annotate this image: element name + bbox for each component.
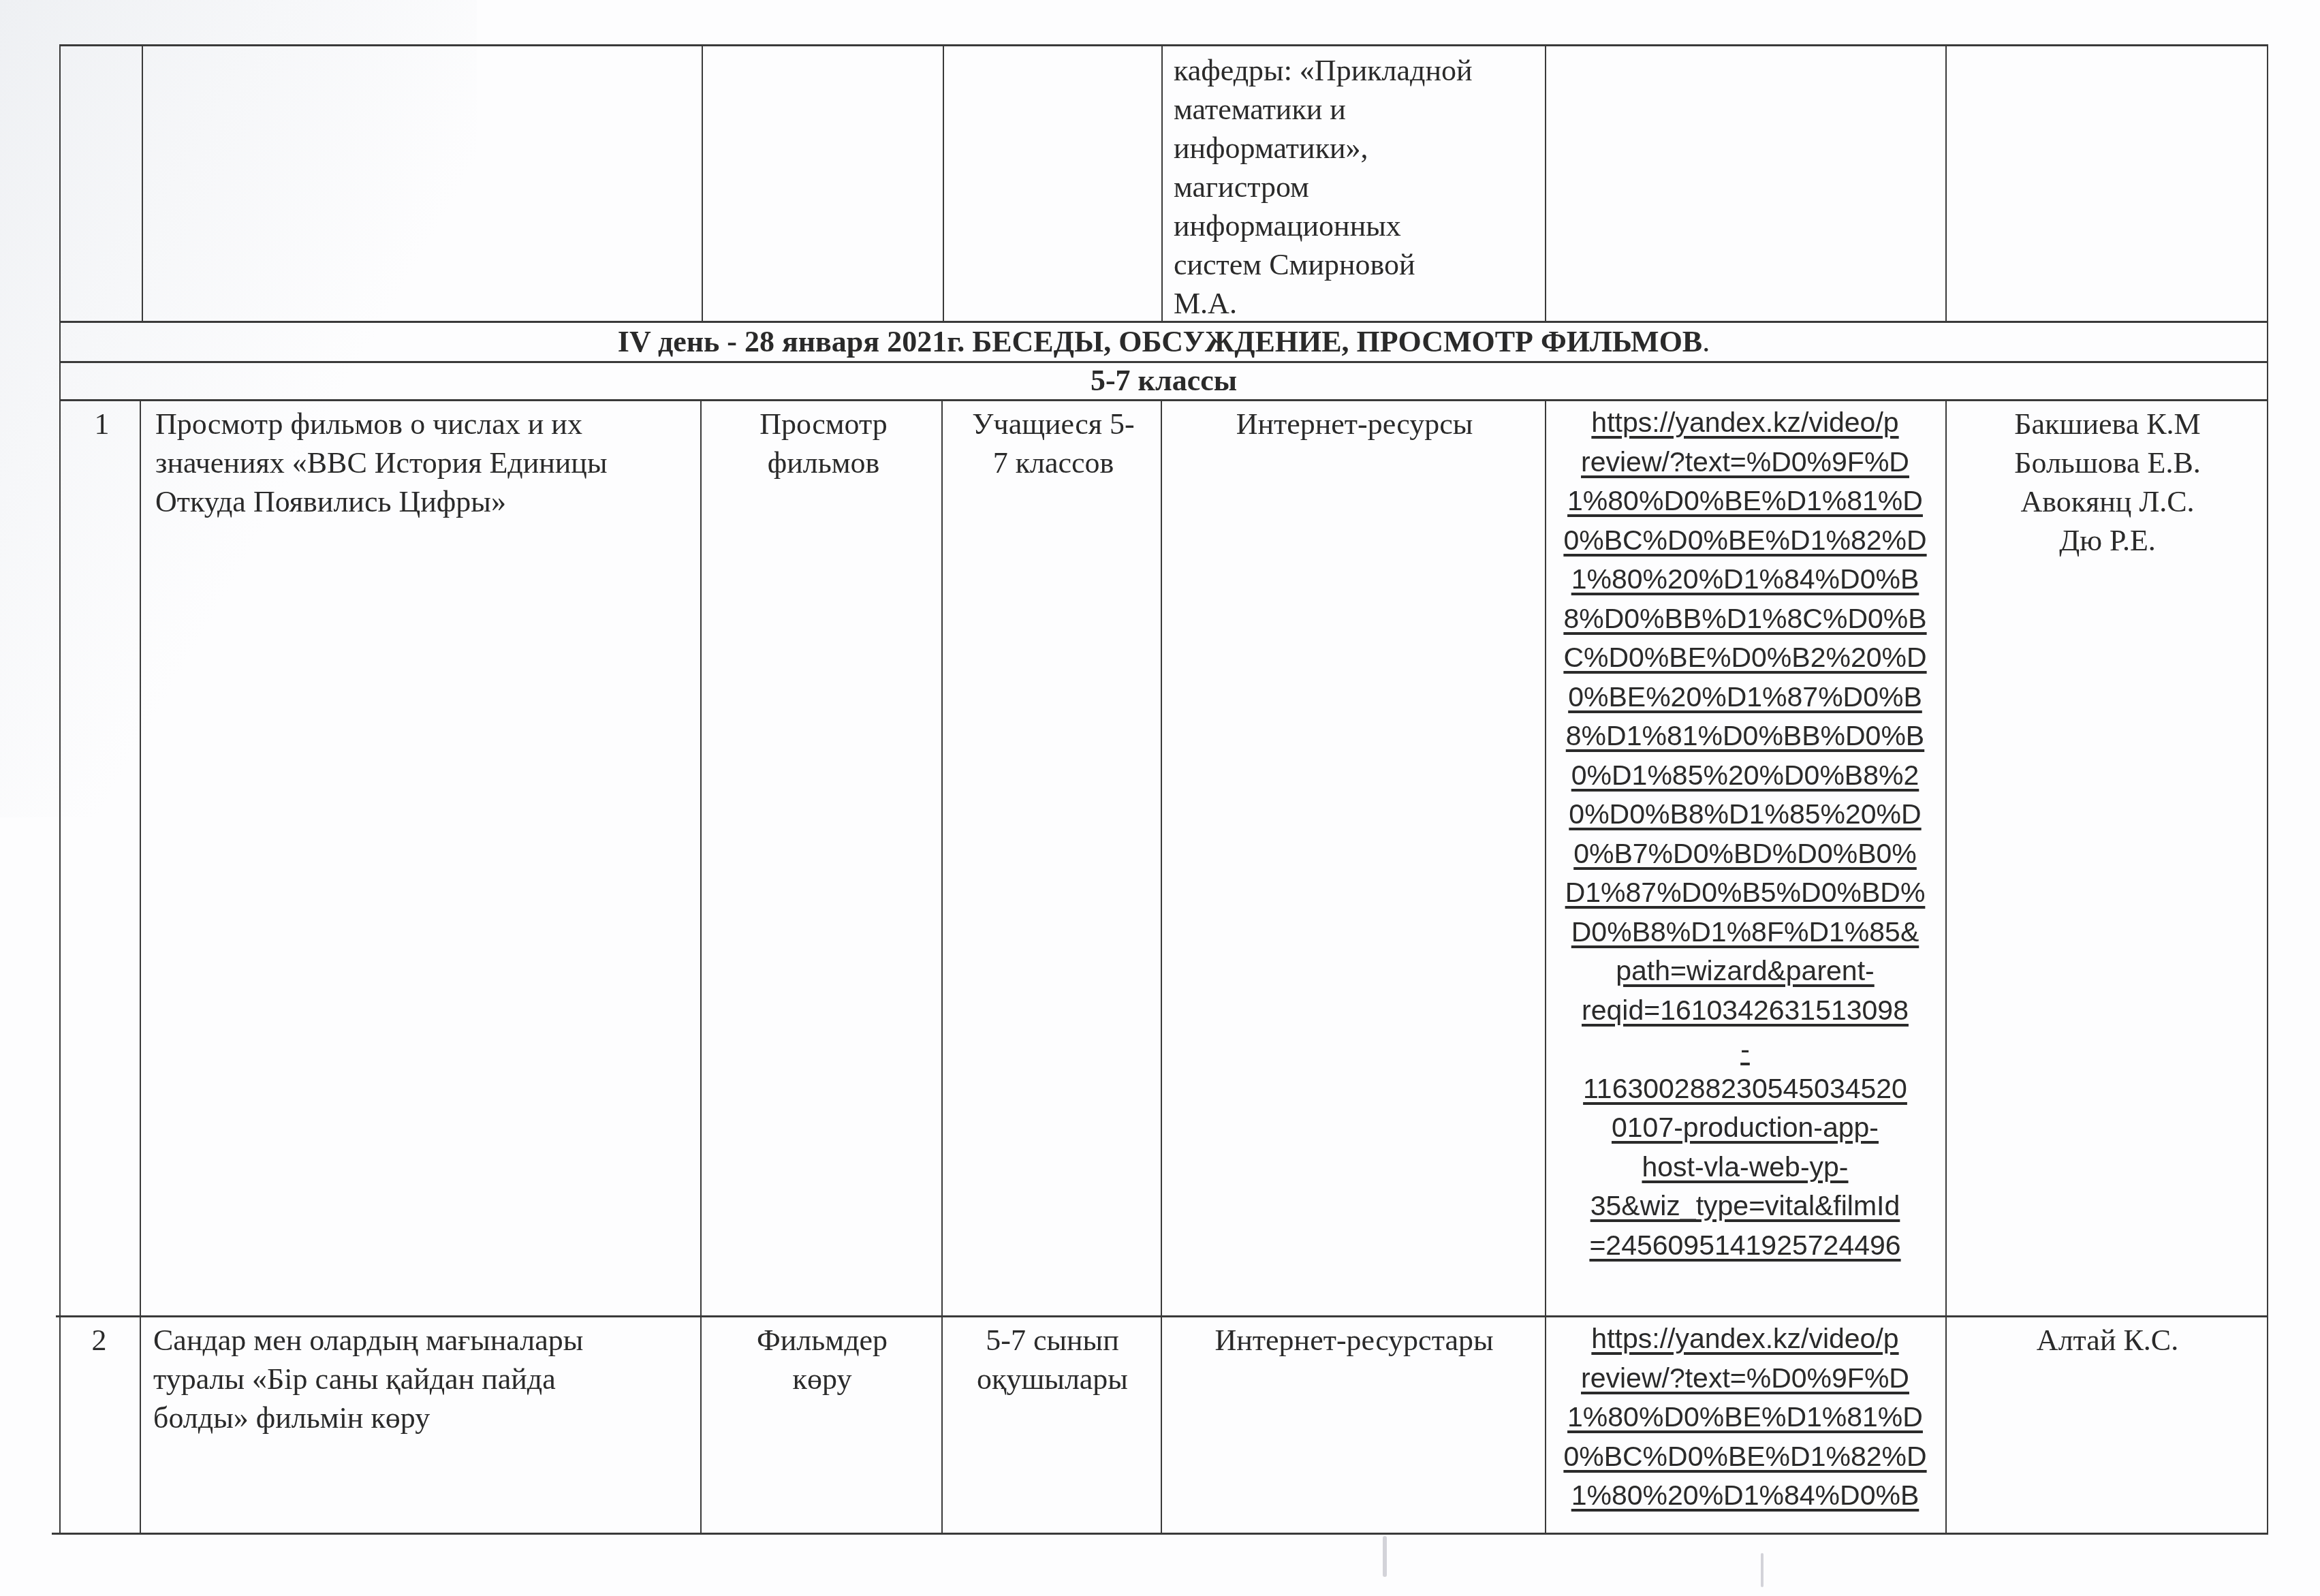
event-title-line: туралы «Бір саны қайдан пайда: [153, 1360, 691, 1398]
organizer-line: систем Смирновой: [1174, 245, 1535, 284]
event-form-line: Фильмдер: [712, 1321, 932, 1360]
resource-link-line[interactable]: D0%B8%D1%8F%D1%85&: [1552, 913, 1939, 952]
resource-link-line[interactable]: https://yandex.kz/video/p: [1552, 1319, 1939, 1359]
resource-link-line[interactable]: 35&wiz_type=vital&filmId: [1552, 1187, 1939, 1226]
resource-link-line[interactable]: 1%80%20%D1%84%D0%B: [1552, 1476, 1939, 1516]
resource-link-cell[interactable]: https://yandex.kz/video/preview/?text=%D…: [1545, 1315, 1945, 1516]
organizer-line: информатики»,: [1174, 129, 1535, 168]
resource-link[interactable]: https://yandex.kz/video/preview/?text=%D…: [1552, 403, 1939, 1265]
column-divider: [702, 44, 703, 321]
table-right-border: [2267, 44, 2268, 1533]
responsible-cell: Алтай К.С.: [1945, 1315, 2267, 1360]
event-form-cell: Просмотр фильмов: [702, 399, 943, 482]
resource-link-line[interactable]: 0107-production-app-: [1552, 1108, 1939, 1148]
event-title-line: болды» фильмін көру: [153, 1398, 691, 1437]
day-banner: IV день - 28 января 2021г. БЕСЕДЫ, ОБСУЖ…: [59, 322, 2268, 361]
responsible-person: Большова Е.В.: [1958, 443, 2257, 482]
responsible-cell: Бакшиева К.М Большова Е.В. Авокянц Л.С. …: [1945, 399, 2267, 560]
event-title-line: Просмотр фильмов о числах и их: [155, 405, 692, 443]
day-banner-suffix: .: [1702, 325, 1710, 358]
resource-link-line[interactable]: 0%BE%20%D1%87%D0%B: [1552, 678, 1939, 717]
resource-link-line[interactable]: 1%80%20%D1%84%D0%B: [1552, 560, 1939, 599]
column-divider: [1945, 399, 1947, 1533]
resource-link-line[interactable]: 8%D1%81%D0%BB%D0%B: [1552, 717, 1939, 756]
event-title-line: Откуда Появились Цифры»: [155, 482, 692, 521]
responsible-person: Алтай К.С.: [1958, 1321, 2257, 1360]
resource-link-line[interactable]: path=wizard&parent-: [1552, 952, 1939, 991]
resource-link-cell[interactable]: https://yandex.kz/video/preview/?text=%D…: [1545, 399, 1945, 1265]
column-divider: [1161, 399, 1162, 1533]
column-divider: [1945, 44, 1947, 321]
row-number: 2: [56, 1315, 140, 1360]
resource-link-line[interactable]: 0%D0%B8%D1%85%20%D: [1552, 795, 1939, 834]
resource-link-line[interactable]: host-vla-web-yp-: [1552, 1148, 1939, 1187]
resource-link[interactable]: https://yandex.kz/video/preview/?text=%D…: [1552, 1319, 1939, 1516]
grade-banner: 5-7 классы: [59, 362, 2268, 399]
table-left-border: [59, 44, 61, 1533]
event-title-line: значениях «BBC История Единицы: [155, 443, 692, 482]
resource-link-line[interactable]: C%D0%BE%D0%B2%20%D: [1552, 638, 1939, 678]
resource-link-line[interactable]: 1%80%D0%BE%D1%81%D: [1552, 482, 1939, 521]
day-banner-prefix: IV день - 28 января 2021г.: [618, 325, 972, 358]
day-banner-title: БЕСЕДЫ, ОБСУЖДЕНИЕ, ПРОСМОТР ФИЛЬМОВ: [972, 325, 1702, 358]
participants-line: оқушылары: [954, 1360, 1151, 1398]
resource-link-line[interactable]: reqid=1610342631513098: [1552, 991, 1939, 1031]
resource-link-line[interactable]: 1%80%D0%BE%D1%81%D: [1552, 1398, 1939, 1437]
row-number: 1: [59, 399, 142, 443]
participants-line: Учащиеся 5-: [955, 405, 1152, 443]
participants-cell: Учащиеся 5- 7 классов: [943, 399, 1161, 482]
column-divider: [1545, 44, 1546, 321]
event-form-line: көру: [712, 1360, 932, 1398]
organizer-continued-cell: кафедры: «Прикладной математики и информ…: [1161, 44, 1545, 323]
participants-line: 5-7 сынып: [954, 1321, 1151, 1360]
column-divider: [943, 44, 944, 321]
participants-cell: 5-7 сынып оқушылары: [941, 1315, 1161, 1398]
resource-cell: Интернет-ресурсы: [1161, 399, 1545, 443]
event-title-line: Сандар мен олардың мағыналары: [153, 1321, 691, 1360]
organizer-line: математики и: [1174, 90, 1535, 129]
resource-link-line[interactable]: D1%87%D0%B5%D0%BD%: [1552, 873, 1939, 913]
resource-link-line[interactable]: 0%BC%D0%BE%D1%82%D: [1552, 1437, 1939, 1477]
participants-line: 7 классов: [955, 443, 1152, 482]
resource-link-line[interactable]: 116300288230545034520: [1552, 1069, 1939, 1109]
organizer-line: информационных: [1174, 206, 1535, 245]
resource-link-line[interactable]: -: [1552, 1030, 1939, 1069]
table-bottom-border: [52, 1533, 2268, 1535]
resource-cell: Интернет-ресурстары: [1161, 1315, 1545, 1360]
responsible-person: Бакшиева К.М: [1958, 405, 2257, 443]
organizer-line: кафедры: «Прикладной: [1174, 51, 1535, 90]
resource-link-line[interactable]: review/?text=%D0%9F%D: [1552, 1359, 1939, 1398]
event-title-cell: Просмотр фильмов о числах и их значениях…: [142, 399, 702, 521]
resource-link-line[interactable]: review/?text=%D0%9F%D: [1552, 443, 1939, 482]
resource-link-line[interactable]: 0%D1%85%20%D0%B8%2: [1552, 756, 1939, 796]
event-form-line: Просмотр: [714, 405, 933, 443]
resource-link-line[interactable]: =2456095141925724496: [1552, 1226, 1939, 1266]
organizer-line: М.А.: [1174, 284, 1535, 323]
column-divider: [142, 44, 143, 321]
resource-link-line[interactable]: https://yandex.kz/video/p: [1552, 403, 1939, 443]
event-form-line: фильмов: [714, 443, 933, 482]
responsible-person: Авокянц Л.С.: [1958, 482, 2257, 521]
organizer-line: магистром: [1174, 168, 1535, 206]
scan-artifact: [1761, 1553, 1763, 1587]
resource-link-line[interactable]: 0%BC%D0%BE%D1%82%D: [1552, 521, 1939, 561]
scan-artifact: [1383, 1536, 1387, 1577]
responsible-person: Дю Р.Е.: [1958, 521, 2257, 560]
event-title-cell: Сандар мен олардың мағыналары туралы «Бі…: [140, 1315, 700, 1437]
event-form-cell: Фильмдер көру: [700, 1315, 941, 1398]
resource-link-line[interactable]: 8%D0%BB%D1%8C%D0%B: [1552, 599, 1939, 639]
resource-link-line[interactable]: 0%B7%D0%BD%D0%B0%: [1552, 834, 1939, 874]
